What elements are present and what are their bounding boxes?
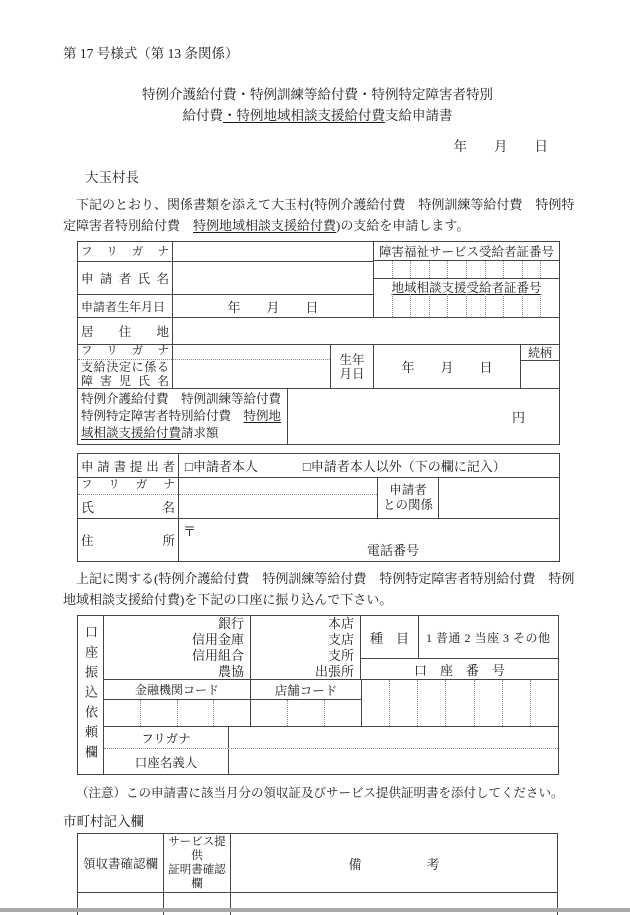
relation-cell: 続柄	[521, 345, 560, 389]
digit-cell[interactable]	[430, 261, 449, 278]
submitter-furigana-label: フリガナ	[78, 478, 178, 495]
bank-code-digits	[104, 700, 251, 726]
service-cert-label: 障害福祉サービス受給者証番号	[374, 242, 559, 261]
bank-side-label-cell: 口座振込依頼欄	[78, 616, 104, 774]
digit-cell[interactable]	[446, 680, 474, 726]
checkbox-applicant-other[interactable]: □申請者本人以外（下の欄に記入）	[303, 459, 506, 474]
relation-input[interactable]	[521, 361, 559, 388]
applicant-name-label: 申請者氏名	[78, 261, 173, 294]
account-number-digits	[362, 680, 558, 726]
submitter-name-label: 氏名	[81, 497, 175, 516]
digit-cell[interactable]	[504, 294, 523, 317]
digit-cell[interactable]	[467, 294, 486, 317]
digit-cell[interactable]	[411, 294, 430, 317]
municipal-table: 領収書確認欄 サービス提供証明書確認欄 備 考	[77, 833, 558, 915]
intro-paragraph: 下記のとおり、関係書類を添えて大玉村(特例介護給付費 特例訓練等給付費 特例特 …	[63, 194, 572, 236]
digit-cell[interactable]	[393, 294, 412, 317]
certificate-numbers-cell: 障害福祉サービス受給者証番号 地域相談支援受給者証番号	[374, 242, 560, 318]
postal-mark: 〒	[183, 524, 196, 539]
child-name-input[interactable]	[173, 345, 331, 389]
digit-cell[interactable]	[503, 680, 531, 726]
digit-cell[interactable]	[178, 700, 215, 726]
digit-cell[interactable]	[141, 700, 178, 726]
form-title-line1: 特例介護給付費・特例訓練等給付費・特例特定障害者特別	[63, 84, 572, 105]
bank-code-label: 金融機関コード	[104, 680, 251, 699]
digit-cell[interactable]	[531, 680, 558, 726]
claim-amount-input[interactable]: 円	[288, 389, 560, 445]
checkbox-applicant-self[interactable]: □申請者本人	[185, 459, 258, 474]
submitter-name-label-cell: フリガナ 氏名	[78, 478, 179, 519]
digit-cell[interactable]	[541, 261, 559, 278]
yen-label: 円	[512, 410, 525, 425]
bank-side-label: 口座振込依頼欄	[81, 625, 100, 765]
digit-cell[interactable]	[104, 700, 141, 726]
account-number-label: 口 座 番 号	[361, 659, 558, 679]
community-cert-label: 地域相談支援受給者証番号	[374, 279, 559, 294]
residence-label: 居住地	[78, 318, 173, 345]
digit-cell[interactable]	[288, 700, 325, 726]
child-name-label-cell: フリガナ 支給決定に係る 障害児氏名	[78, 345, 173, 389]
digit-cell[interactable]	[374, 261, 393, 278]
bank-transfer-table: 口座振込依頼欄 銀行 信用金庫 信用組合 農協 本店 支店 支所 出張所 種 目	[77, 615, 559, 775]
form-number: 第 17 号様式（第 13 条関係）	[63, 42, 572, 62]
relation-label: 続柄	[521, 345, 559, 361]
branch-code-label: 店舗コード	[251, 680, 361, 699]
applicant-birthdate-input[interactable]: 年 月 日	[173, 295, 374, 318]
submitter-address-input[interactable]: 〒 電話番号	[179, 519, 560, 562]
applicant-table: フリガナ 障害福祉サービス受給者証番号 地域相談支援受給者証番号 申請者氏名 申…	[77, 241, 560, 445]
intro-underlined-segment: 特例地域相談支援給付費	[193, 218, 336, 233]
applicant-birthdate-label: 申請者生年月日	[78, 295, 173, 318]
phone-label: 電話番号	[367, 540, 419, 559]
child-furigana-label: フリガナ	[78, 345, 172, 360]
applicant-name-input[interactable]	[173, 261, 374, 294]
residence-input[interactable]	[173, 318, 560, 345]
community-cert-digits	[374, 294, 559, 317]
applicant-furigana-label: フリガナ	[78, 242, 173, 262]
submitter-address-label: 住所	[78, 519, 179, 562]
submitter-name-input[interactable]	[179, 478, 378, 519]
application-form-page: 第 17 号様式（第 13 条関係） 特例介護給付費・特例訓練等給付費・特例特定…	[0, 0, 630, 915]
digit-cell[interactable]	[504, 261, 523, 278]
form-title-line2: 給付費・特例地域相談支援給付費支給申請書	[63, 105, 572, 126]
digit-cell[interactable]	[486, 261, 505, 278]
holder-name-input[interactable]	[229, 749, 558, 774]
digit-cell[interactable]	[214, 700, 250, 726]
service-cert-digits	[374, 261, 559, 279]
addressee: 大玉村長	[85, 166, 572, 186]
digit-cell[interactable]	[411, 261, 430, 278]
child-birthdate-label: 生年月日	[331, 345, 374, 389]
transfer-paragraph: 上記に関する(特例介護給付費 特例訓練等給付費 特例特定障害者特別給付費 特例 …	[63, 568, 572, 610]
submitter-table: 申請書提出者 □申請者本人□申請者本人以外（下の欄に記入） フリガナ 氏名 申請…	[77, 453, 560, 562]
remarks-label: 備 考	[231, 834, 558, 893]
attachment-note: （注意）この申請書に該当月分の領収証及びサービス提供証明書を添付してください。	[63, 783, 572, 801]
digit-cell[interactable]	[541, 294, 559, 317]
municipal-section-title: 市町村記入欄	[63, 810, 572, 830]
digit-cell[interactable]	[467, 261, 486, 278]
holder-furigana-label: フリガナ	[104, 727, 229, 748]
bank-name-input[interactable]: 銀行 信用金庫 信用組合 農協	[104, 616, 251, 679]
date-line: 年 月 日	[63, 135, 572, 155]
receipt-check-label: 領収書確認欄	[78, 834, 164, 893]
claim-amount-label: 特例介護給付費 特例訓練等給付費特例特定障害者特別給付費 特例地域相談支援給付費…	[78, 389, 288, 445]
digit-cell[interactable]	[523, 261, 542, 278]
holder-name-label: 口座名義人	[104, 749, 229, 774]
title-underlined-segment: ・特例地域相談支援給付費	[223, 108, 385, 123]
digit-cell[interactable]	[486, 294, 505, 317]
digit-cell[interactable]	[430, 294, 449, 317]
digit-cell[interactable]	[448, 261, 467, 278]
digit-cell[interactable]	[448, 294, 467, 317]
account-type-label: 種 目	[361, 616, 419, 658]
digit-cell[interactable]	[418, 680, 446, 726]
submitter-type-cell: □申請者本人□申請者本人以外（下の欄に記入）	[179, 454, 560, 478]
service-cert-check-label: サービス提供証明書確認欄	[164, 834, 231, 893]
digit-cell[interactable]	[475, 680, 503, 726]
digit-cell[interactable]	[325, 700, 361, 726]
digit-cell[interactable]	[362, 680, 390, 726]
digit-cell[interactable]	[390, 680, 418, 726]
branch-name-input[interactable]: 本店 支店 支所 出張所	[251, 616, 361, 679]
digit-cell[interactable]	[251, 700, 288, 726]
digit-cell[interactable]	[393, 261, 412, 278]
branch-code-digits	[251, 700, 361, 726]
form-title: 特例介護給付費・特例訓練等給付費・特例特定障害者特別 給付費・特例地域相談支援給…	[63, 84, 572, 126]
applicant-furigana-input[interactable]	[173, 242, 374, 262]
digit-cell[interactable]	[374, 294, 393, 317]
child-birthdate-input[interactable]: 年 月 日	[374, 345, 521, 389]
submitter-relation-input[interactable]	[439, 478, 560, 519]
digit-cell[interactable]	[523, 294, 542, 317]
account-type-options[interactable]: 1 普通 2 当座 3 その他	[419, 616, 558, 658]
submitter-relation-label: 申請者との関係	[378, 478, 439, 519]
holder-furigana-input[interactable]	[229, 727, 558, 748]
submitter-row-label: 申請書提出者	[78, 454, 179, 478]
page-edge-shadow	[0, 908, 630, 912]
